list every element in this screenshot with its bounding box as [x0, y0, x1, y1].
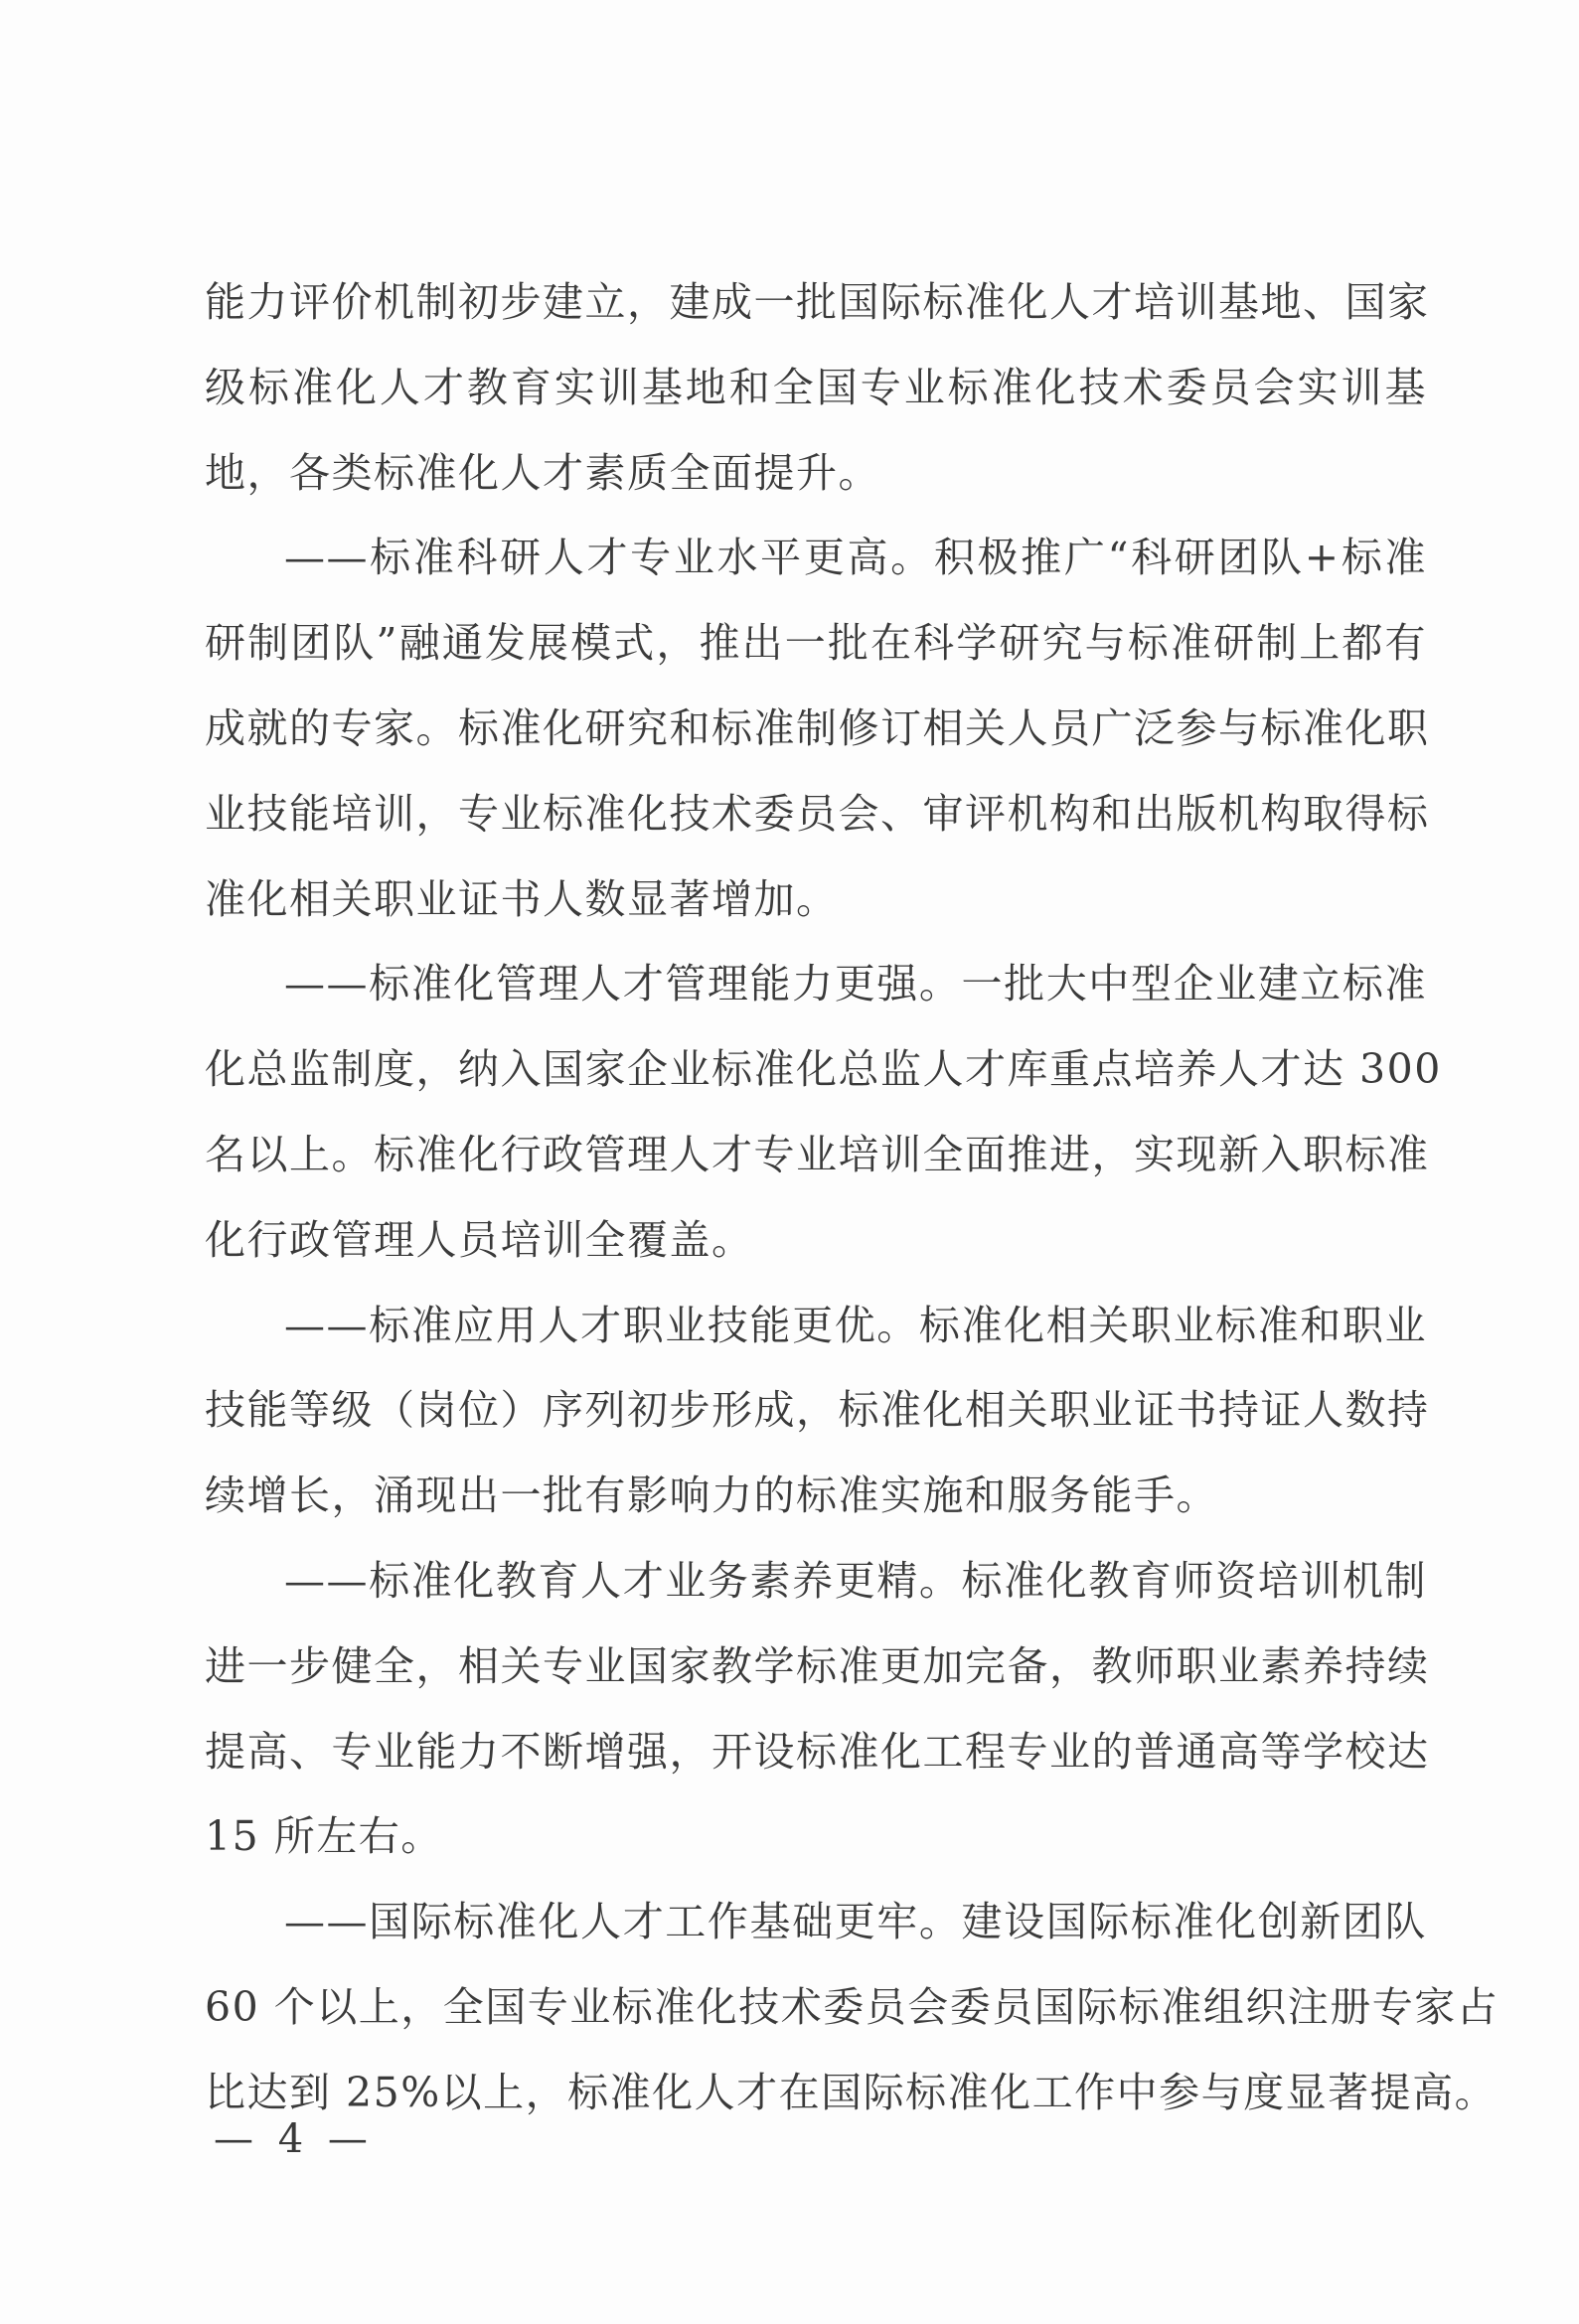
- text-line: 准化相关职业证书人数显著增加。: [205, 857, 1427, 943]
- text-line: 成就的专家。标准化研究和标准制修订相关人员广泛参与标准化职: [205, 687, 1427, 772]
- text-line: 化总监制度，纳入国家企业标准化总监人才库重点培养人才达 300: [205, 1027, 1427, 1113]
- text-line: ——标准化管理人才管理能力更强。一批大中型企业建立标准: [205, 942, 1427, 1027]
- text-line: 级标准化人才教育实训基地和全国专业标准化技术委员会实训基: [205, 346, 1427, 431]
- text-line: ——标准化教育人才业务素养更精。标准化教育师资培训机制: [205, 1539, 1427, 1625]
- text-line: 提高、专业能力不断增强，开设标准化工程专业的普通高等学校达: [205, 1710, 1427, 1795]
- body-text: 能力评价机制初步建立，建成一批国际标准化人才培训基地、国家 级标准化人才教育实训…: [205, 260, 1427, 2136]
- text-line: 60 个以上，全国专业标准化技术委员会委员国际标准组织注册专家占: [205, 1965, 1427, 2051]
- text-line: 名以上。标准化行政管理人才专业培训全面推进，实现新入职标准: [205, 1113, 1427, 1198]
- text-line: 地，各类标准化人才素质全面提升。: [205, 431, 1427, 517]
- text-line: 比达到 25%以上，标准化人才在国际标准化工作中参与度显著提高。: [205, 2051, 1427, 2136]
- text-line: 15 所左右。: [205, 1794, 1427, 1880]
- text-line: ——国际标准化人才工作基础更牢。建设国际标准化创新团队: [205, 1880, 1427, 1965]
- document-page: 能力评价机制初步建立，建成一批国际标准化人才培训基地、国家 级标准化人才教育实训…: [0, 0, 1579, 2324]
- text-line: 技能等级（岗位）序列初步形成，标准化相关职业证书持证人数持: [205, 1368, 1427, 1454]
- text-line: 化行政管理人员培训全覆盖。: [205, 1198, 1427, 1284]
- text-line: 研制团队”融通发展模式，推出一批在科学研究与标准研制上都有: [205, 601, 1427, 687]
- text-line: 续增长，涌现出一批有影响力的标准实施和服务能手。: [205, 1454, 1427, 1539]
- text-line: 进一步健全，相关专业国家教学标准更加完备，教师职业素养持续: [205, 1625, 1427, 1710]
- text-line: 业技能培训，专业标准化技术委员会、审评机构和出版机构取得标: [205, 772, 1427, 857]
- page-number: — 4 —: [214, 2116, 374, 2162]
- text-line: ——标准应用人才职业技能更优。标准化相关职业标准和职业: [205, 1284, 1427, 1369]
- text-line: ——标准科研人才专业水平更高。积极推广“科研团队+标准: [205, 516, 1427, 601]
- text-line: 能力评价机制初步建立，建成一批国际标准化人才培训基地、国家: [205, 260, 1427, 346]
